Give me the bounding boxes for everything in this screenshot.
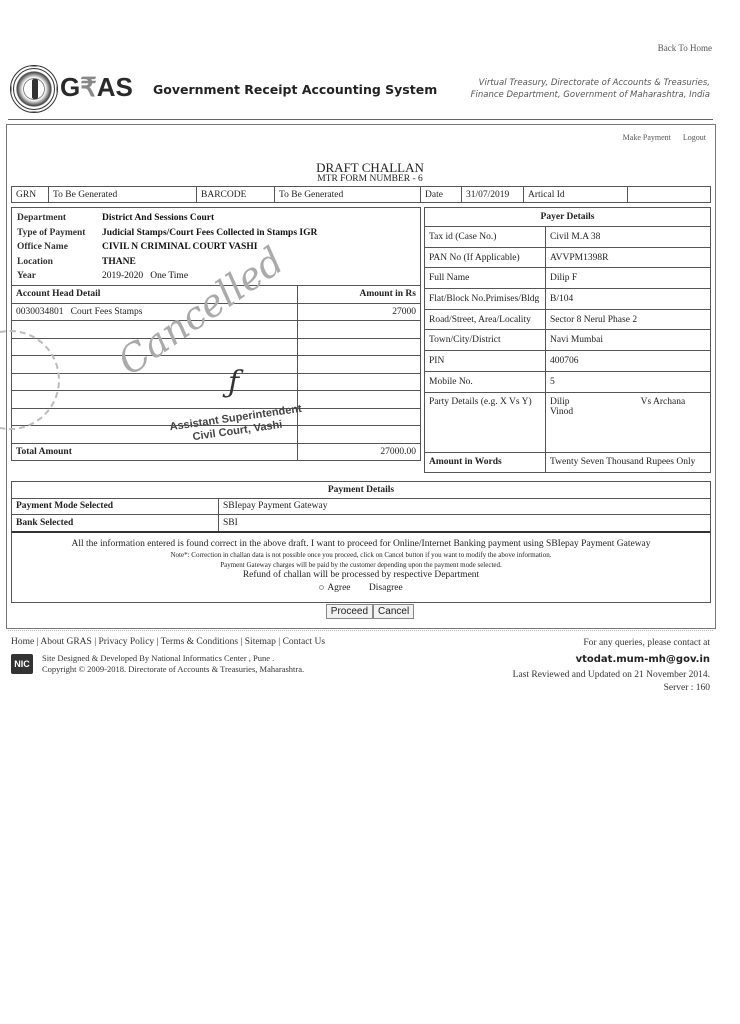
grn-label: GRN [12, 187, 49, 203]
empty-cell [298, 321, 421, 339]
payer-value: Dilip F [546, 268, 711, 289]
logo-as: AS [97, 72, 133, 102]
nic-logo-icon: NIC [11, 654, 33, 674]
payer-label: Town/City/District [425, 330, 546, 351]
agree-label: Agree [327, 583, 350, 593]
payer-row: Full NameDilip F [425, 268, 711, 289]
grn-table: GRN To Be Generated BARCODE To Be Genera… [11, 186, 711, 203]
payer-row: PAN No (If Applicable)AVVPM1398R [425, 247, 711, 268]
last-updated: Last Reviewed and Updated on 21 November… [513, 669, 710, 682]
payer-value: Civil M.A 38 [546, 227, 711, 248]
site-header: G₹AS Government Receipt Accounting Syste… [10, 60, 730, 120]
footer-divider [8, 630, 713, 631]
party-line-2: Vinod [550, 407, 706, 417]
bank-row: Bank Selected SBI [12, 515, 711, 532]
total-amount-label: Total Amount [12, 443, 298, 461]
account-head-amount: 27000 [298, 303, 421, 321]
payment-details-table: Payment Details Payment Mode Selected SB… [11, 481, 711, 532]
artical-id-value [628, 187, 711, 203]
table-row [12, 356, 421, 374]
info-row-office-name: Office Name CIVIL N CRIMINAL COURT VASHI [17, 240, 415, 255]
payer-row: Road/Street, Area/LocalitySector 8 Nerul… [425, 309, 711, 330]
barcode-label: BARCODE [197, 187, 275, 203]
footer-link-contact[interactable]: Contact Us [283, 637, 325, 647]
table-row [12, 391, 421, 409]
payer-label: Flat/Block No.Primises/Bldg [425, 289, 546, 310]
payer-label: Road/Street, Area/Locality [425, 309, 546, 330]
payer-row: Tax id (Case No.)Civil M.A 38 [425, 227, 711, 248]
artical-id-label: Artical Id [524, 187, 628, 203]
confirmation-panel: All the information entered is found cor… [11, 531, 711, 603]
payer-label: Full Name [425, 268, 546, 289]
confirmation-text: All the information entered is found cor… [12, 539, 710, 549]
total-amount-value: 27000.00 [298, 443, 421, 461]
payer-row: Flat/Block No.Primises/BldgB/104 [425, 289, 711, 310]
footer-link-terms[interactable]: Terms & Conditions [161, 637, 238, 647]
bank-value: SBI [219, 515, 711, 532]
empty-cell [298, 408, 421, 426]
amount-in-words-value: Twenty Seven Thousand Rupees Only [546, 452, 711, 473]
footer-link-home[interactable]: Home [11, 637, 34, 647]
info-row-type-of-payment: Type of Payment Judicial Stamps/Court Fe… [17, 226, 415, 241]
correction-note: Note*: Correction in challan data is not… [12, 551, 710, 559]
info-label: Location [17, 257, 102, 267]
info-row-location: Location THANE [17, 255, 415, 270]
info-value: District And Sessions Court [102, 213, 214, 223]
radio-icon [319, 585, 324, 590]
footer-links: Home | About GRAS | Privacy Policy | Ter… [11, 637, 325, 647]
date-value: 31/07/2019 [462, 187, 524, 203]
info-label: Year [17, 271, 102, 281]
maharashtra-emblem-icon [10, 65, 58, 113]
bank-label: Bank Selected [12, 515, 219, 532]
amount-header: Amount in Rs [298, 286, 421, 304]
refund-note: Refund of challan will be processed by r… [12, 570, 710, 580]
info-label: Type of Payment [17, 228, 102, 238]
info-label: Department [17, 213, 102, 223]
info-label: Office Name [17, 242, 102, 252]
grn-value: To Be Generated [49, 187, 197, 203]
credit-line-2: Copyright © 2009-2018. Directorate of Ac… [42, 664, 304, 675]
payer-label: Tax id (Case No.) [425, 227, 546, 248]
app-title: Government Receipt Accounting System [153, 82, 437, 97]
party-details-row: Party Details (e.g. X Vs Y) Dilip Vs Arc… [425, 392, 711, 452]
payer-value: B/104 [546, 289, 711, 310]
footer-link-privacy[interactable]: Privacy Policy [98, 637, 154, 647]
gras-logo: G₹AS [60, 72, 133, 103]
payer-details-table: Payer Details Tax id (Case No.)Civil M.A… [424, 207, 711, 473]
payer-label: PAN No (If Applicable) [425, 247, 546, 268]
table-row [12, 373, 421, 391]
rupee-icon: ₹ [80, 72, 97, 102]
disagree-label: Disagree [369, 583, 403, 593]
credits: Site Designed & Developed By National In… [42, 653, 304, 675]
proceed-button[interactable]: Proceed [326, 604, 373, 619]
contact-email[interactable]: vtodat.mum-mh@gov.in [513, 653, 710, 666]
amount-in-words-label: Amount in Words [425, 452, 546, 473]
agree-radio[interactable]: Agree [319, 583, 350, 593]
empty-cell [298, 356, 421, 374]
table-row [12, 338, 421, 356]
payer-value: 400706 [546, 351, 711, 372]
payer-row: Town/City/DistrictNavi Mumbai [425, 330, 711, 351]
payer-value: Navi Mumbai [546, 330, 711, 351]
signature: ƒ [228, 365, 239, 400]
dept-line-2: Finance Department, Government of Mahara… [471, 89, 710, 101]
empty-cell [298, 373, 421, 391]
date-label: Date [421, 187, 462, 203]
payer-value: 5 [546, 371, 711, 392]
empty-cell [298, 338, 421, 356]
barcode-value: To Be Generated [275, 187, 421, 203]
party-details-label: Party Details (e.g. X Vs Y) [425, 392, 546, 452]
footer-link-sitemap[interactable]: Sitemap [245, 637, 276, 647]
cancel-button[interactable]: Cancel [373, 604, 414, 619]
payment-mode-label: Payment Mode Selected [12, 498, 219, 515]
dept-line-1: Virtual Treasury, Directorate of Account… [471, 77, 710, 89]
payer-label: Mobile No. [425, 371, 546, 392]
header-divider [8, 119, 713, 120]
payment-mode-row: Payment Mode Selected SBIepay Payment Ga… [12, 498, 711, 515]
payer-row: PIN400706 [425, 351, 711, 372]
logout-link[interactable]: Logout [683, 133, 706, 142]
contact-info: For any queries, please contact at vtoda… [513, 637, 710, 695]
top-links: Make Payment Logout [613, 133, 706, 142]
payment-details-heading: Payment Details [12, 482, 711, 499]
empty-cell [298, 391, 421, 409]
form-number: MTR FORM NUMBER - 6 [0, 174, 740, 184]
info-value: THANE [102, 257, 136, 267]
contact-line: For any queries, please contact at [513, 637, 710, 650]
total-row: Total Amount 27000.00 [12, 443, 421, 461]
footer-link-about[interactable]: About GRAS [40, 637, 91, 647]
info-value: 2019-2020 One Time [102, 271, 188, 281]
party-details-value: Dilip Vs Archana Vinod [546, 392, 711, 452]
amount-in-words-row: Amount in Words Twenty Seven Thousand Ru… [425, 452, 711, 473]
logo-g: G [60, 72, 80, 102]
payer-label: PIN [425, 351, 546, 372]
credit-line-1: Site Designed & Developed By National In… [42, 653, 304, 664]
info-value: Judicial Stamps/Court Fees Collected in … [102, 228, 317, 238]
make-payment-link[interactable]: Make Payment [623, 133, 671, 142]
department-tagline: Virtual Treasury, Directorate of Account… [471, 77, 710, 101]
party-line-1: Dilip Vs Archana [550, 397, 706, 407]
back-to-home-link[interactable]: Back To Home [658, 43, 712, 53]
payer-row: Mobile No.5 [425, 371, 711, 392]
server-id: Server : 160 [513, 682, 710, 695]
empty-cell [298, 426, 421, 444]
disagree-radio[interactable]: Disagree [369, 583, 403, 593]
info-value: CIVIL N CRIMINAL COURT VASHI [102, 242, 257, 252]
gateway-charges-note: Payment Gateway charges will be paid by … [12, 561, 710, 569]
info-row-department: Department District And Sessions Court [17, 211, 415, 226]
payer-value: Sector 8 Nerul Phase 2 [546, 309, 711, 330]
agree-radio-group: Agree Disagree [12, 583, 710, 593]
payer-details-heading: Payer Details [425, 208, 711, 227]
action-buttons: ProceedCancel [0, 604, 740, 619]
payer-value: AVVPM1398R [546, 247, 711, 268]
payment-mode-value: SBIepay Payment Gateway [219, 498, 711, 515]
